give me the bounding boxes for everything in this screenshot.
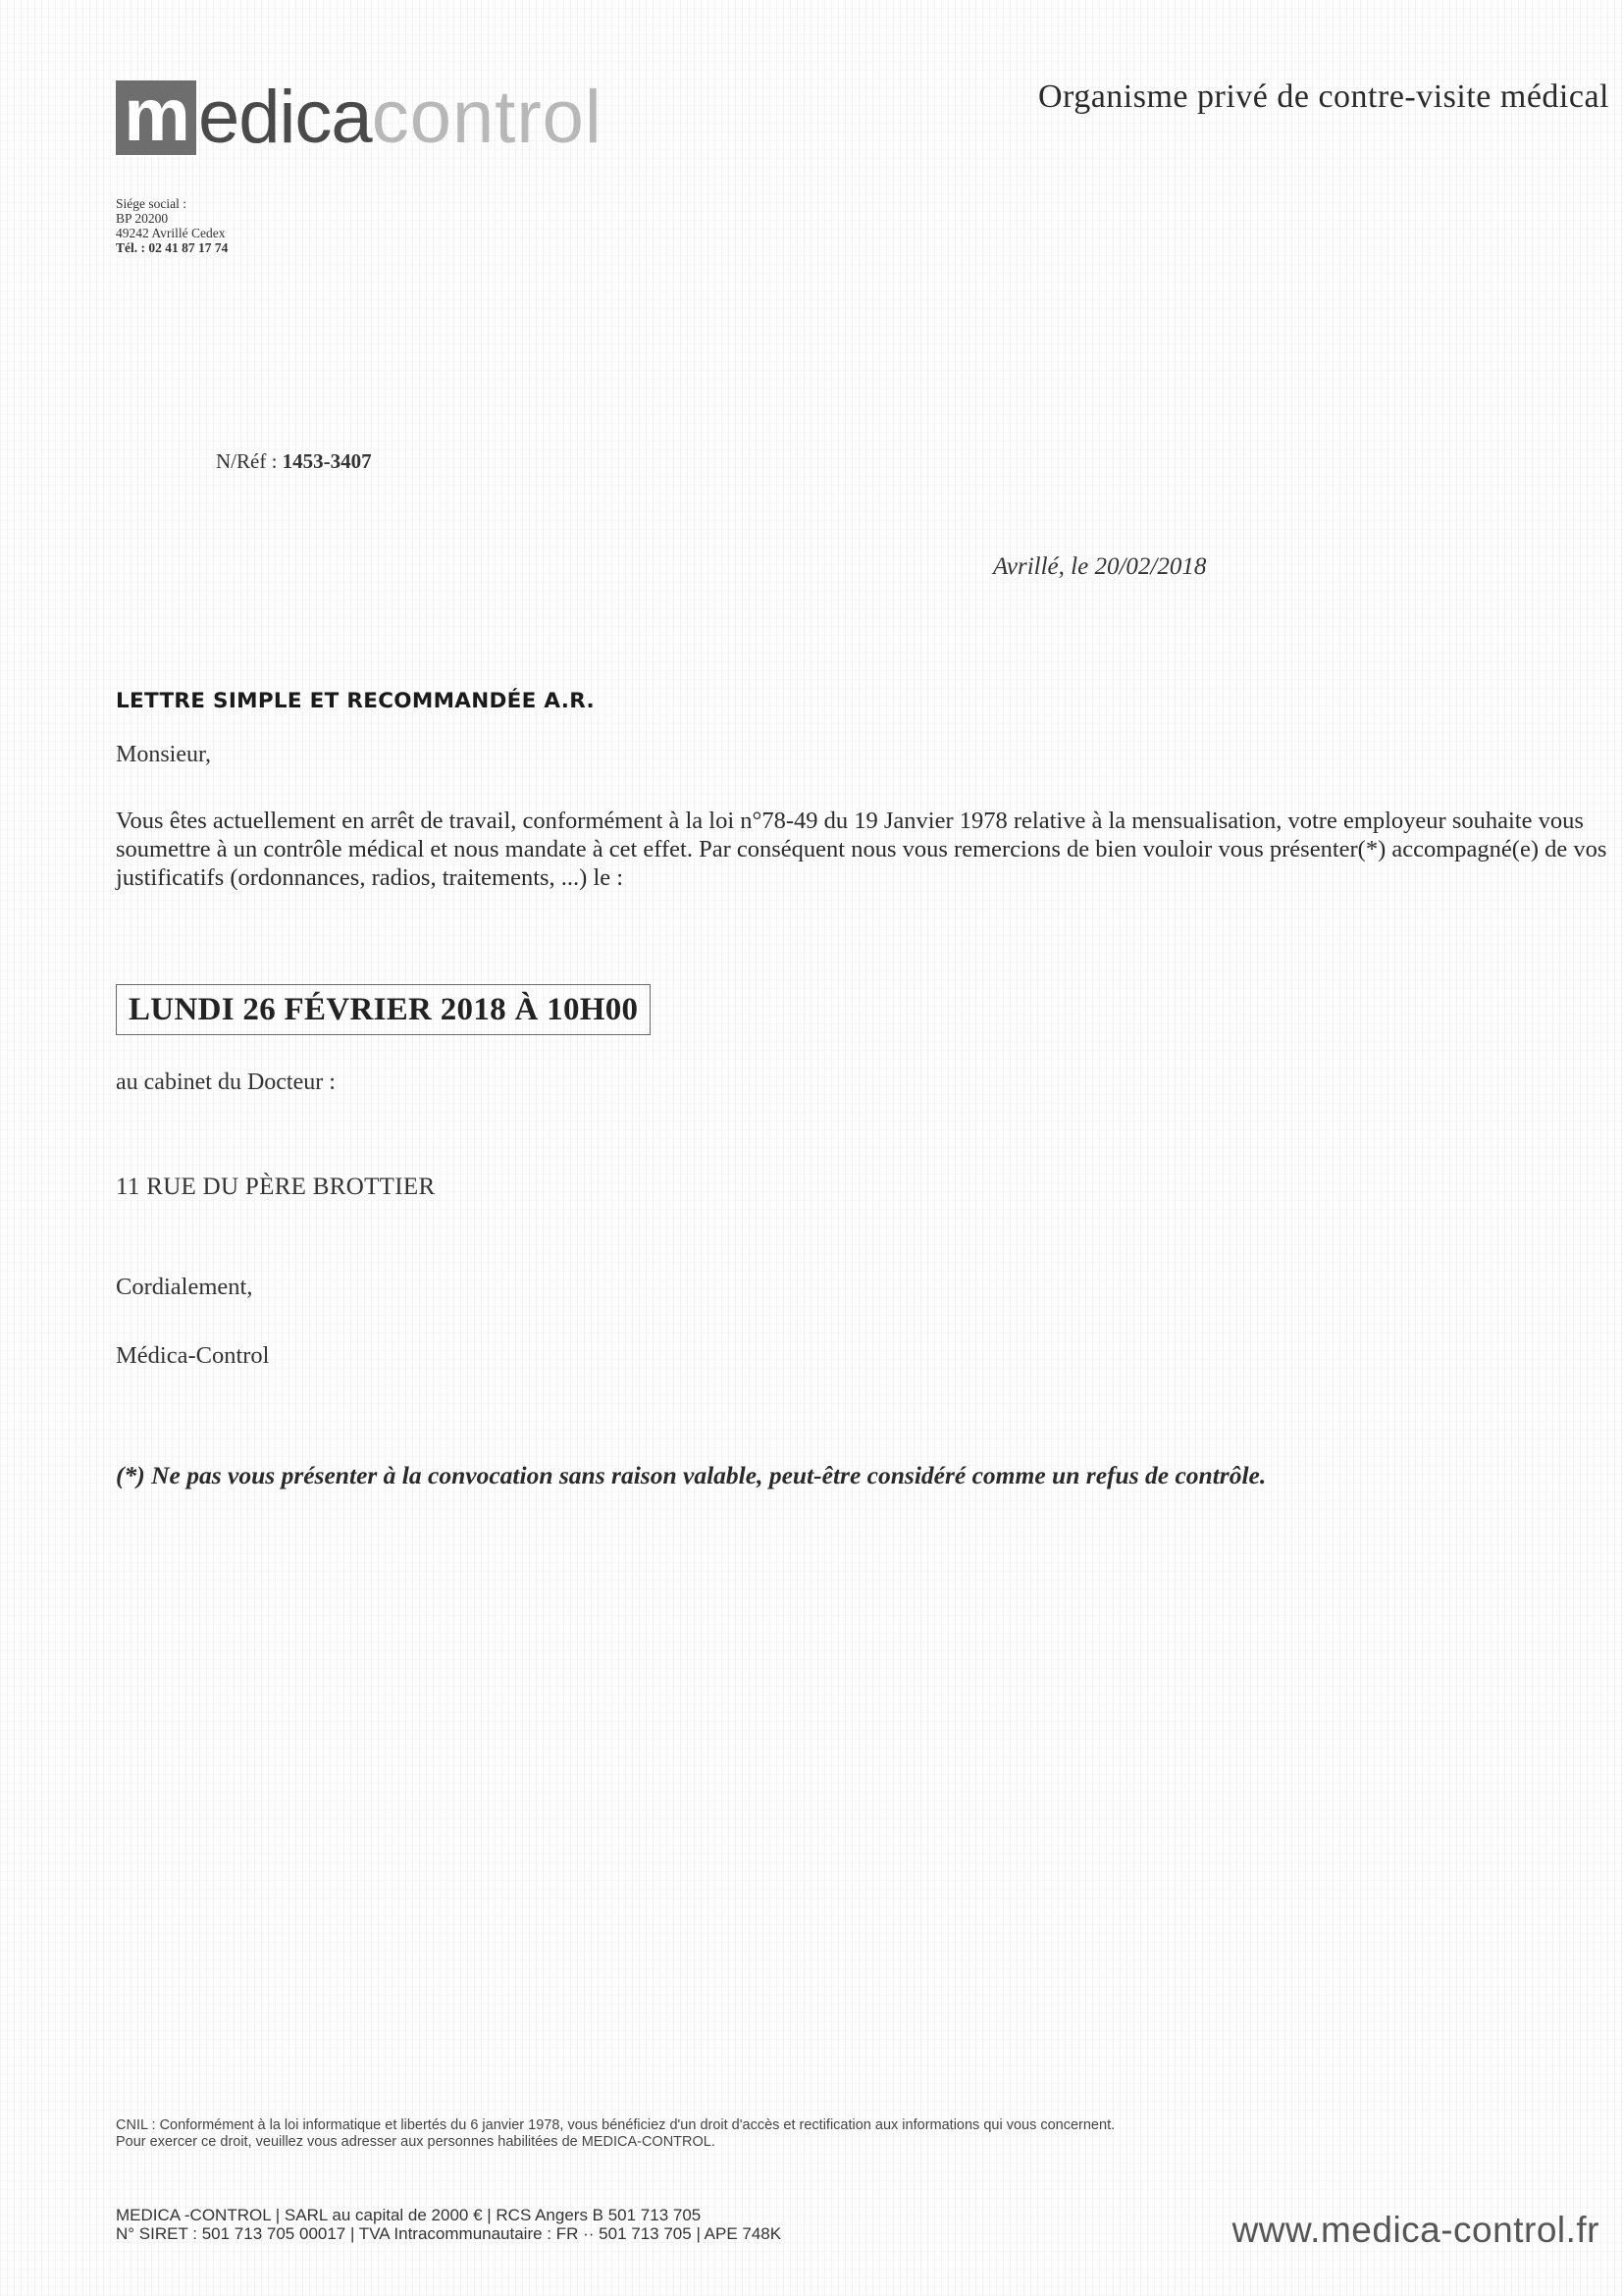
company-tagline: Organisme privé de contre-visite médical — [1038, 78, 1609, 116]
appointment-datetime-box: LUNDI 26 FÉVRIER 2018 À 10H00 — [116, 984, 651, 1035]
logo-mark: m — [116, 80, 196, 155]
website-link[interactable]: www.medica-control.fr — [1232, 2210, 1599, 2251]
letter-body-paragraph: Vous êtes actuellement en arrêt de trava… — [116, 807, 1607, 892]
hq-phone: Tél. : 02 41 87 17 74 — [116, 240, 228, 255]
closing: Cordialement, — [116, 1274, 252, 1301]
headquarters-address: Siége social : BP 20200 49242 Avrillé Ce… — [116, 196, 228, 255]
salutation: Monsieur, — [116, 742, 211, 768]
company-logo: m edica control — [116, 77, 602, 155]
reference-label: N/Réf : — [216, 449, 277, 473]
reference-line: N/Réf : 1453-3407 — [216, 449, 372, 474]
place-and-date: Avrillé, le 20/02/2018 — [993, 553, 1206, 581]
signature: Médica-Control — [116, 1342, 270, 1370]
cnil-line-2: Pour exercer ce droit, veuillez vous adr… — [116, 2134, 1115, 2151]
appointment-datetime: LUNDI 26 FÉVRIER 2018 À 10H00 — [129, 992, 638, 1028]
company-legal-info: MEDICA -CONTROL | SARL au capital de 200… — [116, 2206, 781, 2243]
cnil-line-1: CNIL : Conformément à la loi informatiqu… — [116, 2117, 1115, 2134]
logo-text-light: control — [372, 80, 602, 155]
reference-number: 1453-3407 — [283, 449, 372, 473]
cnil-notice: CNIL : Conformément à la loi informatiqu… — [116, 2117, 1115, 2151]
doctor-address: 11 RUE DU PÈRE BROTTIER — [116, 1174, 435, 1201]
legal-line-2: N° SIRET : 501 713 705 00017 | TVA Intra… — [116, 2224, 781, 2243]
legal-line-1: MEDICA -CONTROL | SARL au capital de 200… — [116, 2206, 781, 2224]
footnote-warning: (*) Ne pas vous présenter à la convocati… — [116, 1461, 1266, 1490]
cabinet-line: au cabinet du Docteur : — [116, 1070, 336, 1096]
logo-mark-letter: m — [124, 78, 188, 153]
hq-label: Siége social : — [116, 196, 228, 211]
logo-text-dark: edica — [198, 80, 372, 155]
hq-city: 49242 Avrillé Cedex — [116, 226, 228, 240]
hq-po-box: BP 20200 — [116, 211, 228, 226]
letter-subject: LETTRE SIMPLE ET RECOMMANDÉE A.R. — [116, 689, 595, 713]
